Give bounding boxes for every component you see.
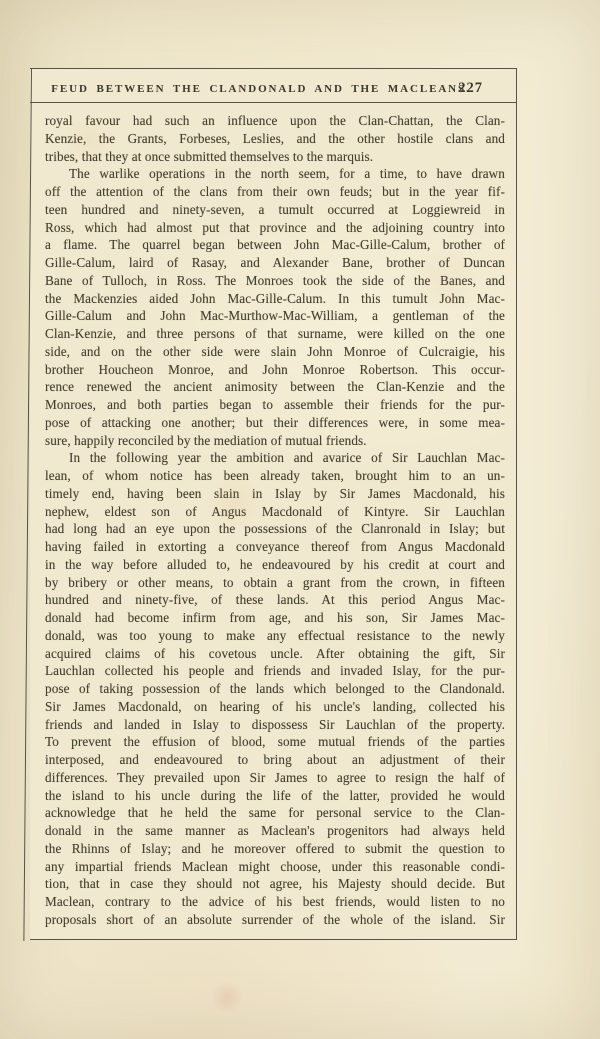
- book-page-scan: FEUD BETWEEN THE CLANDONALD AND THE MACL…: [0, 0, 600, 1039]
- text-line: had long had an eye upon the possessions…: [45, 520, 505, 538]
- text-line: Gille-Calum and John Mac-Murthow-Mac-Wil…: [45, 307, 505, 325]
- text-line: To prevent the effusion of blood, some m…: [45, 733, 505, 751]
- header-title: FEUD BETWEEN THE CLANDONALD AND THE MACL…: [51, 83, 470, 102]
- text-line: friends and landed in Islay to disposses…: [45, 716, 505, 734]
- text-line: pose of attacking one another; but their…: [45, 414, 505, 432]
- paper-stain: [210, 982, 244, 1012]
- page-frame: FEUD BETWEEN THE CLANDONALD AND THE MACL…: [30, 68, 517, 940]
- text-line: donald, was too young to make any effect…: [45, 627, 505, 645]
- text-line: in the way before alluded to, he endeavo…: [45, 556, 505, 574]
- text-line: proposals short of an absolute surrender…: [45, 911, 505, 929]
- text-line: brother Houcheon Monroe, and John Monroe…: [45, 361, 505, 379]
- text-line: any impartial friends Maclean might choo…: [45, 858, 505, 876]
- text-line: nephew, eldest son of Angus Macdonald of…: [45, 503, 505, 521]
- text-line: Clan-Kenzie, and three persons of that s…: [45, 325, 505, 343]
- text-line: Sir James Macdonald, on hearing of his u…: [45, 698, 505, 716]
- text-line: royal favour had such an influence upon …: [45, 112, 505, 130]
- text-line: pose of taking possession of the lands w…: [45, 680, 505, 698]
- text-line: Kenzie, the Grants, Forbeses, Leslies, a…: [45, 130, 505, 148]
- text-line: Monroes, and both parties began to assem…: [45, 396, 505, 414]
- text-line: lean, of whom notice has been already ta…: [45, 467, 505, 485]
- text-line: interposed, and endeavoured to bring abo…: [45, 751, 505, 769]
- text-line: Lauchlan collected his people and friend…: [45, 662, 505, 680]
- text-line: timely end, having been slain in Islay b…: [45, 485, 505, 503]
- text-line: differences. They prevailed upon Sir Jam…: [45, 769, 505, 787]
- page-number: 227: [458, 80, 483, 97]
- text-line: by bribery or other means, to obtain a g…: [45, 574, 505, 592]
- text-line: having failed in extorting a conveyance …: [45, 538, 505, 556]
- text-line: The warlike operations in the north seem…: [45, 165, 505, 183]
- text-line: rence renewed the ancient animosity betw…: [45, 378, 505, 396]
- page-body: royal favour had such an influence upon …: [30, 103, 516, 929]
- text-line: Gille-Calum, laird of Rasay, and Alexand…: [45, 254, 505, 272]
- text-line: acknowledge that he held the same for pe…: [45, 804, 505, 822]
- text-line: donald in the same manner as Maclean's p…: [45, 822, 505, 840]
- text-line: off the attention of the clans from thei…: [45, 183, 505, 201]
- text-line: a flame. The quarrel began between John …: [45, 236, 505, 254]
- text-line: Maclean, contrary to the advice of his b…: [45, 893, 505, 911]
- text-line: acquired claims of his covetous uncle. A…: [45, 645, 505, 663]
- text-line: sure, happily reconciled by the mediatio…: [45, 432, 505, 450]
- text-line: Bane of Tulloch, in Ross. The Monroes to…: [45, 272, 505, 290]
- text-line: In the following year the ambition and a…: [45, 449, 505, 467]
- text-line: tribes, that they at once submitted them…: [45, 148, 505, 166]
- text-line: the Mackenzies aided John Mac-Gille-Calu…: [45, 290, 505, 308]
- text-line: tion, that in case they should not agree…: [45, 875, 505, 893]
- text-line: side, and on the other side were slain J…: [45, 343, 505, 361]
- text-line: donald had become infirm from age, and h…: [45, 609, 505, 627]
- text-line: the island to his uncle during the life …: [45, 787, 505, 805]
- text-line: the Rhinns of Islay; and he moreover off…: [45, 840, 505, 858]
- running-header: FEUD BETWEEN THE CLANDONALD AND THE MACL…: [30, 69, 516, 103]
- text-line: hundred and ninety-five, of these lands.…: [45, 591, 505, 609]
- text-line: teen hundred and ninety-seven, a tumult …: [45, 201, 505, 219]
- text-line: Ross, which had almost put that province…: [45, 219, 505, 237]
